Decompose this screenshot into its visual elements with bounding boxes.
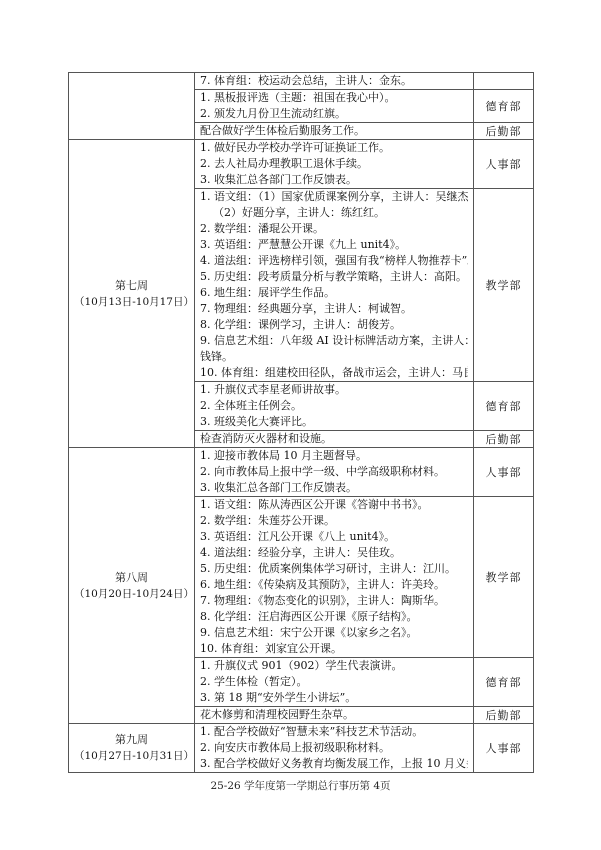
task-item: 2. 学生体检（暂定）。 xyxy=(200,674,468,690)
task-list-cell: 1. 配合学校做好“智慧未来”科技艺术节活动。2. 向安庆市教体局上报初级职称材… xyxy=(195,724,474,773)
task-item: 检查消防灭火器材和设施。 xyxy=(200,431,468,447)
task-item: 10. 体育组：组建校田径队，备战市运会，主讲人：马良。 xyxy=(200,365,468,381)
task-list-cell: 配合做好学生体检后勤服务工作。 xyxy=(195,123,474,140)
task-item: 4. 道法组：评选榜样引领，强国有我“榜样人物推荐卡”。 xyxy=(200,253,468,269)
table-row: 第九周（10月27日-10月31日）1. 配合学校做好“智慧未来”科技艺术节活动… xyxy=(69,724,534,773)
department-cell: 人事部 xyxy=(474,448,534,497)
task-item: 7. 物理组：《物态变化的识别》，主讲人：陶斯华。 xyxy=(200,593,468,609)
week-dates: （10月27日-10月31日） xyxy=(74,748,189,765)
task-item: 7. 物理组：经典题分享，主讲人：柯诚智。 xyxy=(200,301,468,317)
week-label: 第九周 xyxy=(74,731,189,748)
task-list-cell: 1. 迎接市教体局 10 月主题督导。2. 向市教体局上报中学一级、中学高级职称… xyxy=(195,448,474,497)
task-item: 钱锋。 xyxy=(200,349,468,365)
task-item: 1. 做好民办学校办学许可证换证工作。 xyxy=(200,140,468,156)
department-cell: 教学部 xyxy=(474,497,534,658)
task-item: 2. 数学组：潘琨公开课。 xyxy=(200,221,468,237)
task-item: 3. 收集汇总各部门工作反馈表。 xyxy=(200,480,468,496)
task-item: 1. 升旗仪式李星老师讲故事。 xyxy=(200,382,468,398)
week-cell xyxy=(69,73,195,140)
task-item: 配合做好学生体检后勤服务工作。 xyxy=(200,123,468,139)
task-list-cell: 1. 语文组：（1）国家优质课案例分享，主讲人：吴继杰；（2）好题分享，主讲人：… xyxy=(195,189,474,382)
task-item: 3. 第 18 期“安外学生小讲坛”。 xyxy=(200,690,468,706)
task-item: 3. 英语组：严慧慧公开课《九上 unit4》。 xyxy=(200,237,468,253)
task-list-cell: 1. 升旗仪式李星老师讲故事。2. 全体班主任例会。3. 班级美化大赛评比。 xyxy=(195,382,474,431)
calendar-table: 7. 体育组：校运动会总结，主讲人：金东。1. 黑板报评选（主题：祖国在我心中）… xyxy=(68,72,534,773)
task-item: 4. 道法组：经验分享，主讲人：吴佳玫。 xyxy=(200,545,468,561)
task-item: 5. 历史组：优质案例集体学习研讨，主讲人：江川。 xyxy=(200,561,468,577)
department-cell: 德育部 xyxy=(474,658,534,707)
task-item: 1. 语文组：陈从涛西区公开课《答谢中书书》。 xyxy=(200,497,468,513)
task-item: 2. 全体班主任例会。 xyxy=(200,398,468,414)
table-row: 第八周（10月20日-10月24日）1. 迎接市教体局 10 月主题督导。2. … xyxy=(69,448,534,497)
task-item: 10. 体育组：刘家宜公开课。 xyxy=(200,641,468,657)
department-cell: 后勤部 xyxy=(474,707,534,724)
task-item: 2. 去人社局办理教职工退休手续。 xyxy=(200,156,468,172)
task-item: 1. 黑板报评选（主题：祖国在我心中）。 xyxy=(200,90,468,106)
department-cell: 德育部 xyxy=(474,90,534,123)
task-item: 8. 化学组：课例学习，主讲人：胡俊芳。 xyxy=(200,317,468,333)
task-item: 3. 英语组：江凡公开课《八上 unit4》。 xyxy=(200,529,468,545)
task-item: 1. 语文组：（1）国家优质课案例分享，主讲人：吴继杰； xyxy=(200,189,468,205)
task-list-cell: 1. 做好民办学校办学许可证换证工作。2. 去人社局办理教职工退休手续。3. 收… xyxy=(195,140,474,189)
table-row: 7. 体育组：校运动会总结，主讲人：金东。 xyxy=(69,73,534,90)
department-cell: 人事部 xyxy=(474,724,534,773)
week-cell: 第九周（10月27日-10月31日） xyxy=(69,724,195,773)
task-item: 5. 历史组：段考质量分析与教学策略，主讲人：高阳。 xyxy=(200,269,468,285)
task-item: 3. 班级美化大赛评比。 xyxy=(200,414,468,430)
week-label: 第八周 xyxy=(74,569,189,586)
task-list-cell: 1. 语文组：陈从涛西区公开课《答谢中书书》。2. 数学组：朱莲芬公开课。3. … xyxy=(195,497,474,658)
task-list-cell: 检查消防灭火器材和设施。 xyxy=(195,431,474,448)
task-list-cell: 7. 体育组：校运动会总结，主讲人：金东。 xyxy=(195,73,474,90)
task-item: 9. 信息艺术组：八年级 AI 设计标牌活动方案，主讲人： xyxy=(200,333,468,349)
department-cell: 人事部 xyxy=(474,140,534,189)
task-item: 6. 地生组：《传染病及其预防》，主讲人：许美玲。 xyxy=(200,577,468,593)
task-item: 1. 迎接市教体局 10 月主题督导。 xyxy=(200,448,468,464)
week-cell: 第七周（10月13日-10月17日） xyxy=(69,140,195,448)
week-dates: （10月20日-10月24日） xyxy=(74,586,189,603)
table-row: 第七周（10月13日-10月17日）1. 做好民办学校办学许可证换证工作。2. … xyxy=(69,140,534,189)
task-item: 3. 收集汇总各部门工作反馈表。 xyxy=(200,172,468,188)
department-cell: 后勤部 xyxy=(474,123,534,140)
department-cell: 教学部 xyxy=(474,189,534,382)
week-cell: 第八周（10月20日-10月24日） xyxy=(69,448,195,724)
task-item: 8. 化学组：汪启海西区公开课《原子结构》。 xyxy=(200,609,468,625)
department-cell: 后勤部 xyxy=(474,431,534,448)
week-label: 第七周 xyxy=(74,277,189,294)
department-cell: 德育部 xyxy=(474,382,534,431)
task-item: 2. 颁发九月份卫生流动红旗。 xyxy=(200,106,468,122)
task-item: 1. 升旗仪式 901（902）学生代表演讲。 xyxy=(200,658,468,674)
task-item: 2. 数学组：朱莲芬公开课。 xyxy=(200,513,468,529)
task-item: 3. 配合学校做好义务教育均衡发展工作，上报 10 月义务 xyxy=(200,756,468,772)
department-cell xyxy=(474,73,534,90)
task-item: 2. 向市教体局上报中学一级、中学高级职称材料。 xyxy=(200,464,468,480)
task-item: 9. 信息艺术组：宋宁公开课《以家乡之名》。 xyxy=(200,625,468,641)
task-item: 7. 体育组：校运动会总结，主讲人：金东。 xyxy=(200,73,468,89)
task-item: 花木修剪和清理校园野生杂草。 xyxy=(200,707,468,723)
task-item: 2. 向安庆市教体局上报初级职称材料。 xyxy=(200,740,468,756)
task-item: 1. 配合学校做好“智慧未来”科技艺术节活动。 xyxy=(200,724,468,740)
task-list-cell: 1. 升旗仪式 901（902）学生代表演讲。2. 学生体检（暂定）。3. 第 … xyxy=(195,658,474,707)
page-footer: 25-26 学年度第一学期总行事历第 4页 xyxy=(0,778,601,793)
task-list-cell: 花木修剪和清理校园野生杂草。 xyxy=(195,707,474,724)
task-item: 6. 地生组：展评学生作品。 xyxy=(200,285,468,301)
task-item: （2）好题分享，主讲人：练红红。 xyxy=(200,205,468,221)
task-list-cell: 1. 黑板报评选（主题：祖国在我心中）。2. 颁发九月份卫生流动红旗。 xyxy=(195,90,474,123)
week-dates: （10月13日-10月17日） xyxy=(74,294,189,311)
